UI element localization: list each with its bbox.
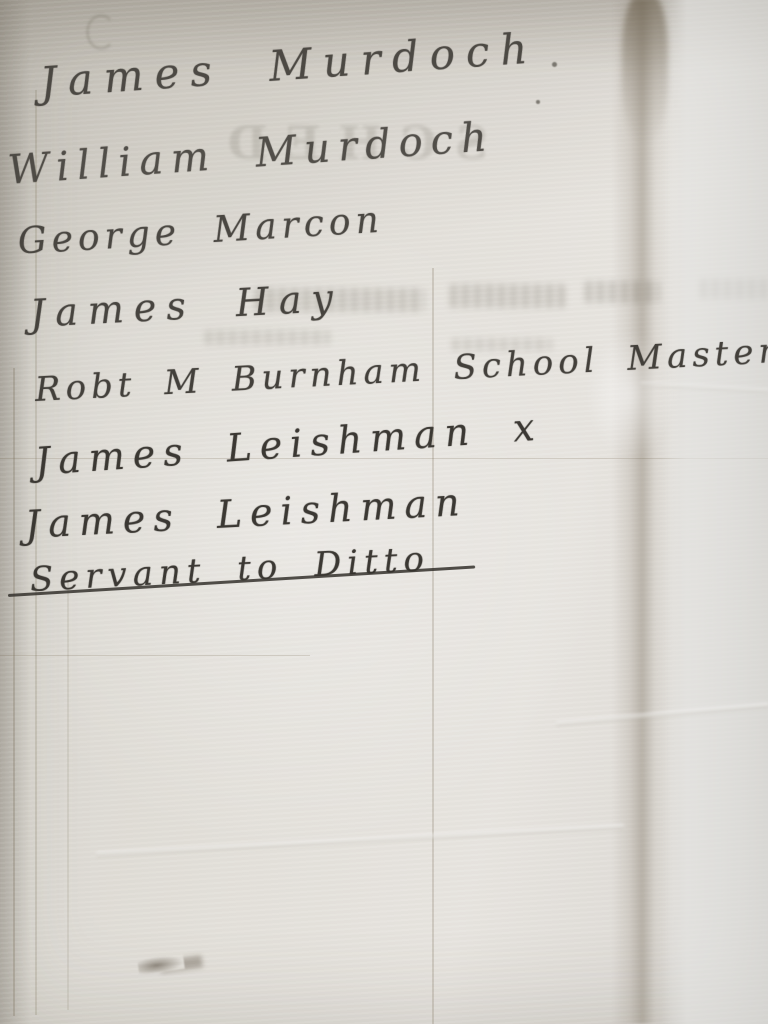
adjacent-page-strip: [660, 0, 768, 1024]
page-fold-shadow-top: [622, 0, 668, 142]
showthrough-print-row: [205, 330, 330, 345]
table-rule-vertical-left-outer: [13, 368, 15, 1016]
paper-crease: [95, 824, 625, 857]
signature-george-marcon: George Marcon: [17, 200, 385, 263]
faint-corner-mark: [86, 14, 116, 50]
signature-james-hay: James Hay: [29, 276, 344, 336]
ink-dot: [536, 100, 540, 104]
signature-james-leishman-2: James Leishman: [24, 480, 469, 547]
showthrough-print-row: [450, 284, 565, 308]
table-rule-vertical-margin: [67, 580, 69, 1010]
ink-dot: [552, 62, 557, 67]
signature-james-leishman-1: James Leishman x: [33, 405, 543, 484]
ink-smudge-mark: [137, 953, 185, 975]
page-fold: [612, 0, 670, 1024]
manuscript-page-photo: SCHED James Murdoch William Murdoch Geor…: [0, 0, 768, 1024]
table-rule-horizontal-lower: [0, 655, 310, 656]
